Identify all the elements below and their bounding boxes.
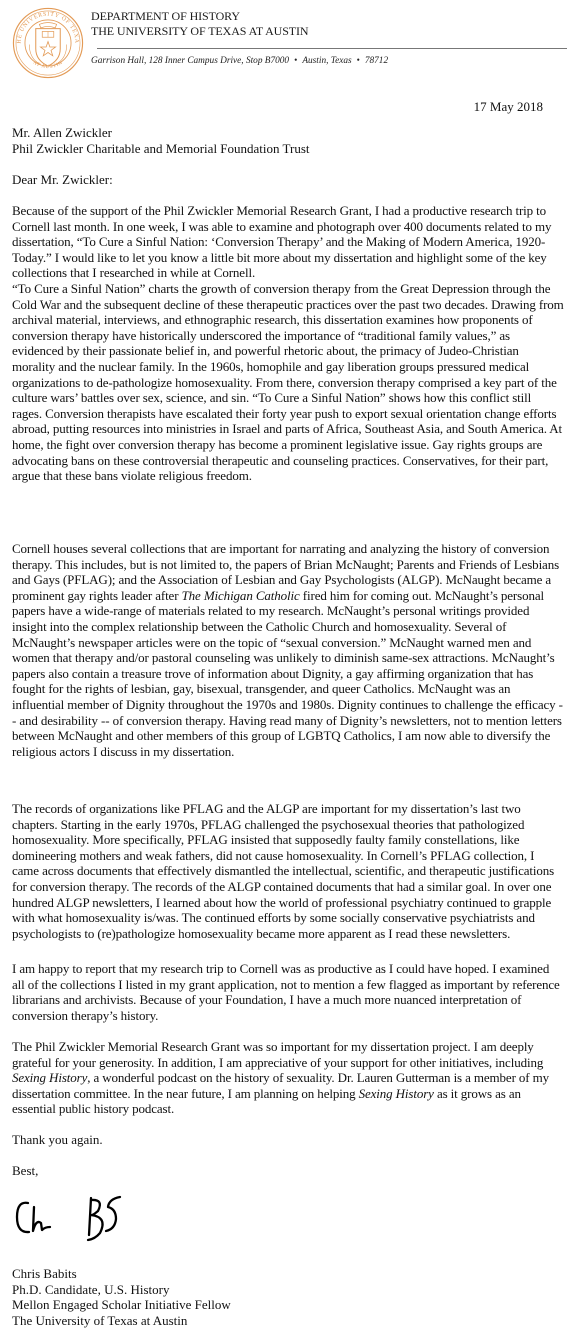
svg-text:THE UNIVERSITY OF TEXAS: THE UNIVERSITY OF TEXAS	[12, 7, 79, 44]
university-seal-icon: THE UNIVERSITY OF TEXAS AT AUSTIN	[12, 7, 84, 79]
address-zip: 78712	[365, 56, 388, 66]
letterhead-title: DEPARTMENT OF HISTORY THE UNIVERSITY OF …	[91, 9, 309, 38]
signer-fellowship: Mellon Engaged Scholar Initiative Fellow	[12, 1297, 564, 1313]
recipient-name: Mr. Allen Zwickler	[12, 125, 564, 141]
closing-thanks: Thank you again.	[12, 1132, 564, 1148]
closing-valediction: Best,	[12, 1163, 564, 1179]
university-name: THE UNIVERSITY OF TEXAS AT AUSTIN	[91, 24, 309, 39]
body-paragraph-6: The Phil Zwickler Memorial Research Gran…	[12, 1039, 564, 1117]
body-paragraph-3: Cornell houses several collections that …	[12, 541, 564, 759]
publication-title: The Michigan Catholic	[182, 588, 300, 603]
body-paragraph-5: I am happy to report that my research tr…	[12, 961, 564, 1023]
signer-name: Chris Babits	[12, 1266, 564, 1282]
recipient-block: Mr. Allen Zwickler Phil Zwickler Charita…	[12, 125, 564, 156]
letterhead-address: Garrison Hall, 128 Inner Campus Drive, S…	[91, 56, 388, 66]
salutation: Dear Mr. Zwickler:	[12, 172, 564, 188]
body-paragraph-2: “To Cure a Sinful Nation” charts the gro…	[12, 281, 564, 484]
letterhead-divider	[97, 48, 567, 49]
signer-block: Chris Babits Ph.D. Candidate, U.S. Histo…	[12, 1266, 564, 1328]
bullet-separator: •	[294, 56, 297, 66]
body-paragraph-1: Because of the support of the Phil Zwick…	[12, 203, 564, 281]
body-paragraph-4: The records of organizations like PFLAG …	[12, 801, 564, 941]
signer-institution: The University of Texas at Austin	[12, 1313, 564, 1329]
handwritten-signature-icon	[12, 1193, 122, 1245]
department-name: DEPARTMENT OF HISTORY	[91, 9, 309, 24]
svg-text:AT AUSTIN: AT AUSTIN	[32, 60, 64, 70]
bullet-separator: •	[357, 56, 360, 66]
podcast-title: Sexing History	[359, 1086, 434, 1101]
address-city: Austin, Texas	[302, 56, 351, 66]
address-street: Garrison Hall, 128 Inner Campus Drive, S…	[91, 56, 289, 66]
podcast-title: Sexing History	[12, 1070, 87, 1085]
letter-date: 17 May 2018	[474, 99, 543, 115]
recipient-organization: Phil Zwickler Charitable and Memorial Fo…	[12, 141, 564, 157]
paragraph-text: The Phil Zwickler Memorial Research Gran…	[12, 1039, 543, 1070]
paragraph-text: fired him for coming out. McNaught’s per…	[12, 588, 563, 759]
signer-title: Ph.D. Candidate, U.S. History	[12, 1282, 564, 1298]
